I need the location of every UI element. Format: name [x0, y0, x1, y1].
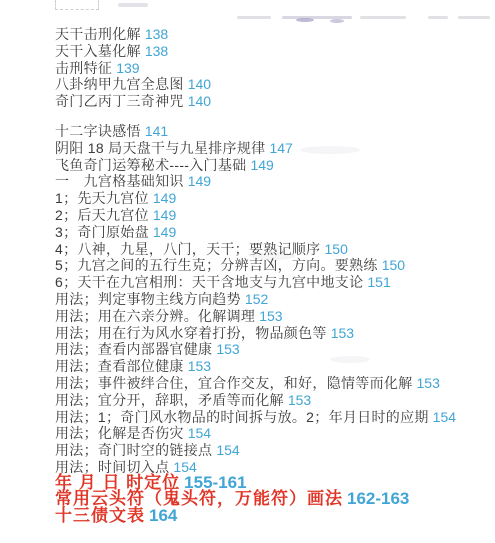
toc-entry-title: 3；奇门原始盘 [55, 224, 149, 240]
toc-entry-title: 一 九宫格基础知识 [55, 173, 184, 189]
toc-entry-title: 用法；用在六亲分辨。化解调理 [55, 308, 255, 324]
toc-entry-page-number: 162-163 [347, 489, 409, 508]
toc-entry-page-number: 153 [216, 341, 239, 357]
toc-entry-page-number: 138 [145, 43, 168, 59]
toc-entry-title: 6；天干在九宫相刑：天干含地支与九宫中地支论 [55, 274, 363, 290]
toc-list: 天干击刑化解138天干入墓化解138击刑特征139八卦纳甲九宫全息图140奇门乙… [55, 26, 485, 524]
toc-entry-page-number: 154 [188, 425, 211, 441]
toc-entry-page-number: 149 [250, 157, 273, 173]
toc-entry-title: 1；先天九宫位 [55, 190, 149, 206]
toc-entry-page-number: 150 [382, 257, 405, 273]
toc-entry: 用法；查看内部器官健康153 [55, 341, 485, 358]
toc-entry: 用法；用在六亲分辨。化解调理153 [55, 308, 485, 325]
toc-entry-title: 阴阳 18 局天盘干与九星排序规律 [55, 140, 265, 156]
scan-artifact-smudge [360, 16, 406, 19]
toc-entry-title: 用法；1；奇门风水物品的时间拆与放。2；年月日时的应期 [55, 409, 429, 425]
toc-entry: 用法；奇门时空的链接点154 [55, 442, 485, 459]
toc-entry-page-number: 153 [188, 358, 211, 374]
toc-entry-title: 天干入墓化解 [55, 43, 141, 59]
toc-entry-page-number: 149 [188, 173, 211, 189]
toc-entry: 2；后天九宫位149 [55, 207, 485, 224]
toc-entry-page-number: 149 [153, 207, 176, 223]
toc-entry-title: 用法；奇门时空的链接点 [55, 442, 212, 458]
toc-entry-page-number: 153 [331, 325, 354, 341]
toc-entry-page-number: 138 [145, 26, 168, 42]
toc-entry-page-number: 154 [216, 442, 239, 458]
toc-entry-title: 4；八神，九星，八门，天干；要熟记顺序 [55, 241, 321, 257]
scan-artifact-smudge [118, 3, 148, 7]
toc-entry: 用法；宜分开，辞职，矛盾等而化解153 [55, 392, 485, 409]
toc-entry-page-number: 140 [188, 93, 211, 109]
toc-entry-title: 5；九宫之间的五行生克；分辨吉凶，方向。要熟练 [55, 257, 378, 273]
toc-entry-page-number: 140 [188, 76, 211, 92]
scan-artifact-smudge [458, 16, 490, 19]
toc-entry-title: 击刑特征 [55, 60, 112, 76]
toc-entry-title: 用法；用在行为风水穿着打扮，物品颜色等 [55, 325, 327, 341]
toc-entry-title: 用法；宜分开，辞职，矛盾等而化解 [55, 392, 284, 408]
toc-entry-page-number: 139 [116, 60, 139, 76]
toc-entry-title: 用法；判定事物主线方向趋势 [55, 291, 241, 307]
toc-entry-page-number: 153 [417, 375, 440, 391]
toc-entry: 用法；用在行为风水穿着打扮，物品颜色等153 [55, 325, 485, 342]
toc-entry: 用法；1；奇门风水物品的时间拆与放。2；年月日时的应期154 [55, 409, 485, 426]
toc-entry-title: 2；后天九宫位 [55, 207, 149, 223]
scan-artifact-smudge [296, 18, 314, 22]
toc-entry: 4；八神，九星，八门，天干；要熟记顺序150 [55, 241, 485, 258]
toc-entry: 十三债文表164 [55, 508, 485, 525]
toc-entry-title: 用法；化解是否伤灾 [55, 425, 184, 441]
scan-artifact-dashed-box [55, 0, 99, 10]
toc-entry: 用法；查看部位健康153 [55, 358, 485, 375]
toc-entry-page-number: 164 [149, 506, 177, 525]
section-1: 天干击刑化解138天干入墓化解138击刑特征139八卦纳甲九宫全息图140奇门乙… [55, 26, 485, 110]
toc-entry-page-number: 153 [259, 308, 282, 324]
scan-artifact-smudge [428, 16, 448, 19]
toc-entry-page-number: 153 [288, 392, 311, 408]
section-highlight: 年 月 日 时定位155-161常用云头符（鬼头符，万能符）画法162-163十… [55, 475, 485, 525]
toc-entry: 5；九宫之间的五行生克；分辨吉凶，方向。要熟练150 [55, 257, 485, 274]
toc-entry-title: 天干击刑化解 [55, 26, 141, 42]
section-2: 十二字诀感悟141阴阳 18 局天盘干与九星排序规律147飞鱼奇门运筹秘术---… [55, 123, 485, 476]
toc-entry-title: 八卦纳甲九宫全息图 [55, 76, 184, 92]
toc-entry: 用法；化解是否伤灾154 [55, 425, 485, 442]
toc-entry-page-number: 152 [245, 291, 268, 307]
toc-entry-page-number: 147 [269, 140, 292, 156]
scanned-toc-page: 天干击刑化解138天干入墓化解138击刑特征139八卦纳甲九宫全息图140奇门乙… [0, 0, 495, 543]
toc-entry: 天干击刑化解138 [55, 26, 485, 43]
toc-entry: 6；天干在九宫相刑：天干含地支与九宫中地支论151 [55, 274, 485, 291]
toc-entry-page-number: 141 [145, 123, 168, 139]
toc-entry-page-number: 151 [367, 274, 390, 290]
toc-entry-title: 飞鱼奇门运筹秘术----入门基础 [55, 157, 246, 173]
toc-entry: 用法；判定事物主线方向趋势152 [55, 291, 485, 308]
toc-entry: 用法；事件被绊合住，宜合作交友，和好，隐情等而化解153 [55, 375, 485, 392]
toc-entry-title: 十二字诀感悟 [55, 123, 141, 139]
toc-entry-title: 十三债文表 [55, 506, 145, 525]
toc-entry: 一 九宫格基础知识149 [55, 173, 485, 190]
scan-artifact-smudge [330, 19, 344, 23]
scan-artifact-smudge [282, 16, 352, 19]
toc-entry: 十二字诀感悟141 [55, 123, 485, 140]
toc-entry-title: 用法；事件被绊合住，宜合作交友，和好，隐情等而化解 [55, 375, 413, 391]
toc-entry-page-number: 154 [433, 409, 456, 425]
toc-entry-title: 用法；查看部位健康 [55, 358, 184, 374]
toc-entry: 1；先天九宫位149 [55, 190, 485, 207]
scan-artifact-smudge [237, 16, 271, 19]
toc-entry: 奇门乙丙丁三奇神咒140 [55, 93, 485, 110]
toc-entry-title: 奇门乙丙丁三奇神咒 [55, 93, 184, 109]
toc-entry-page-number: 149 [153, 190, 176, 206]
toc-entry-title: 用法；查看内部器官健康 [55, 341, 212, 357]
toc-entry: 飞鱼奇门运筹秘术----入门基础149 [55, 157, 485, 174]
toc-entry: 阴阳 18 局天盘干与九星排序规律147 [55, 140, 485, 157]
toc-entry: 天干入墓化解138 [55, 43, 485, 60]
toc-entry: 3；奇门原始盘149 [55, 224, 485, 241]
toc-entry: 击刑特征139 [55, 60, 485, 77]
toc-entry: 八卦纳甲九宫全息图140 [55, 76, 485, 93]
toc-entry-page-number: 149 [153, 224, 176, 240]
toc-entry-page-number: 150 [325, 241, 348, 257]
